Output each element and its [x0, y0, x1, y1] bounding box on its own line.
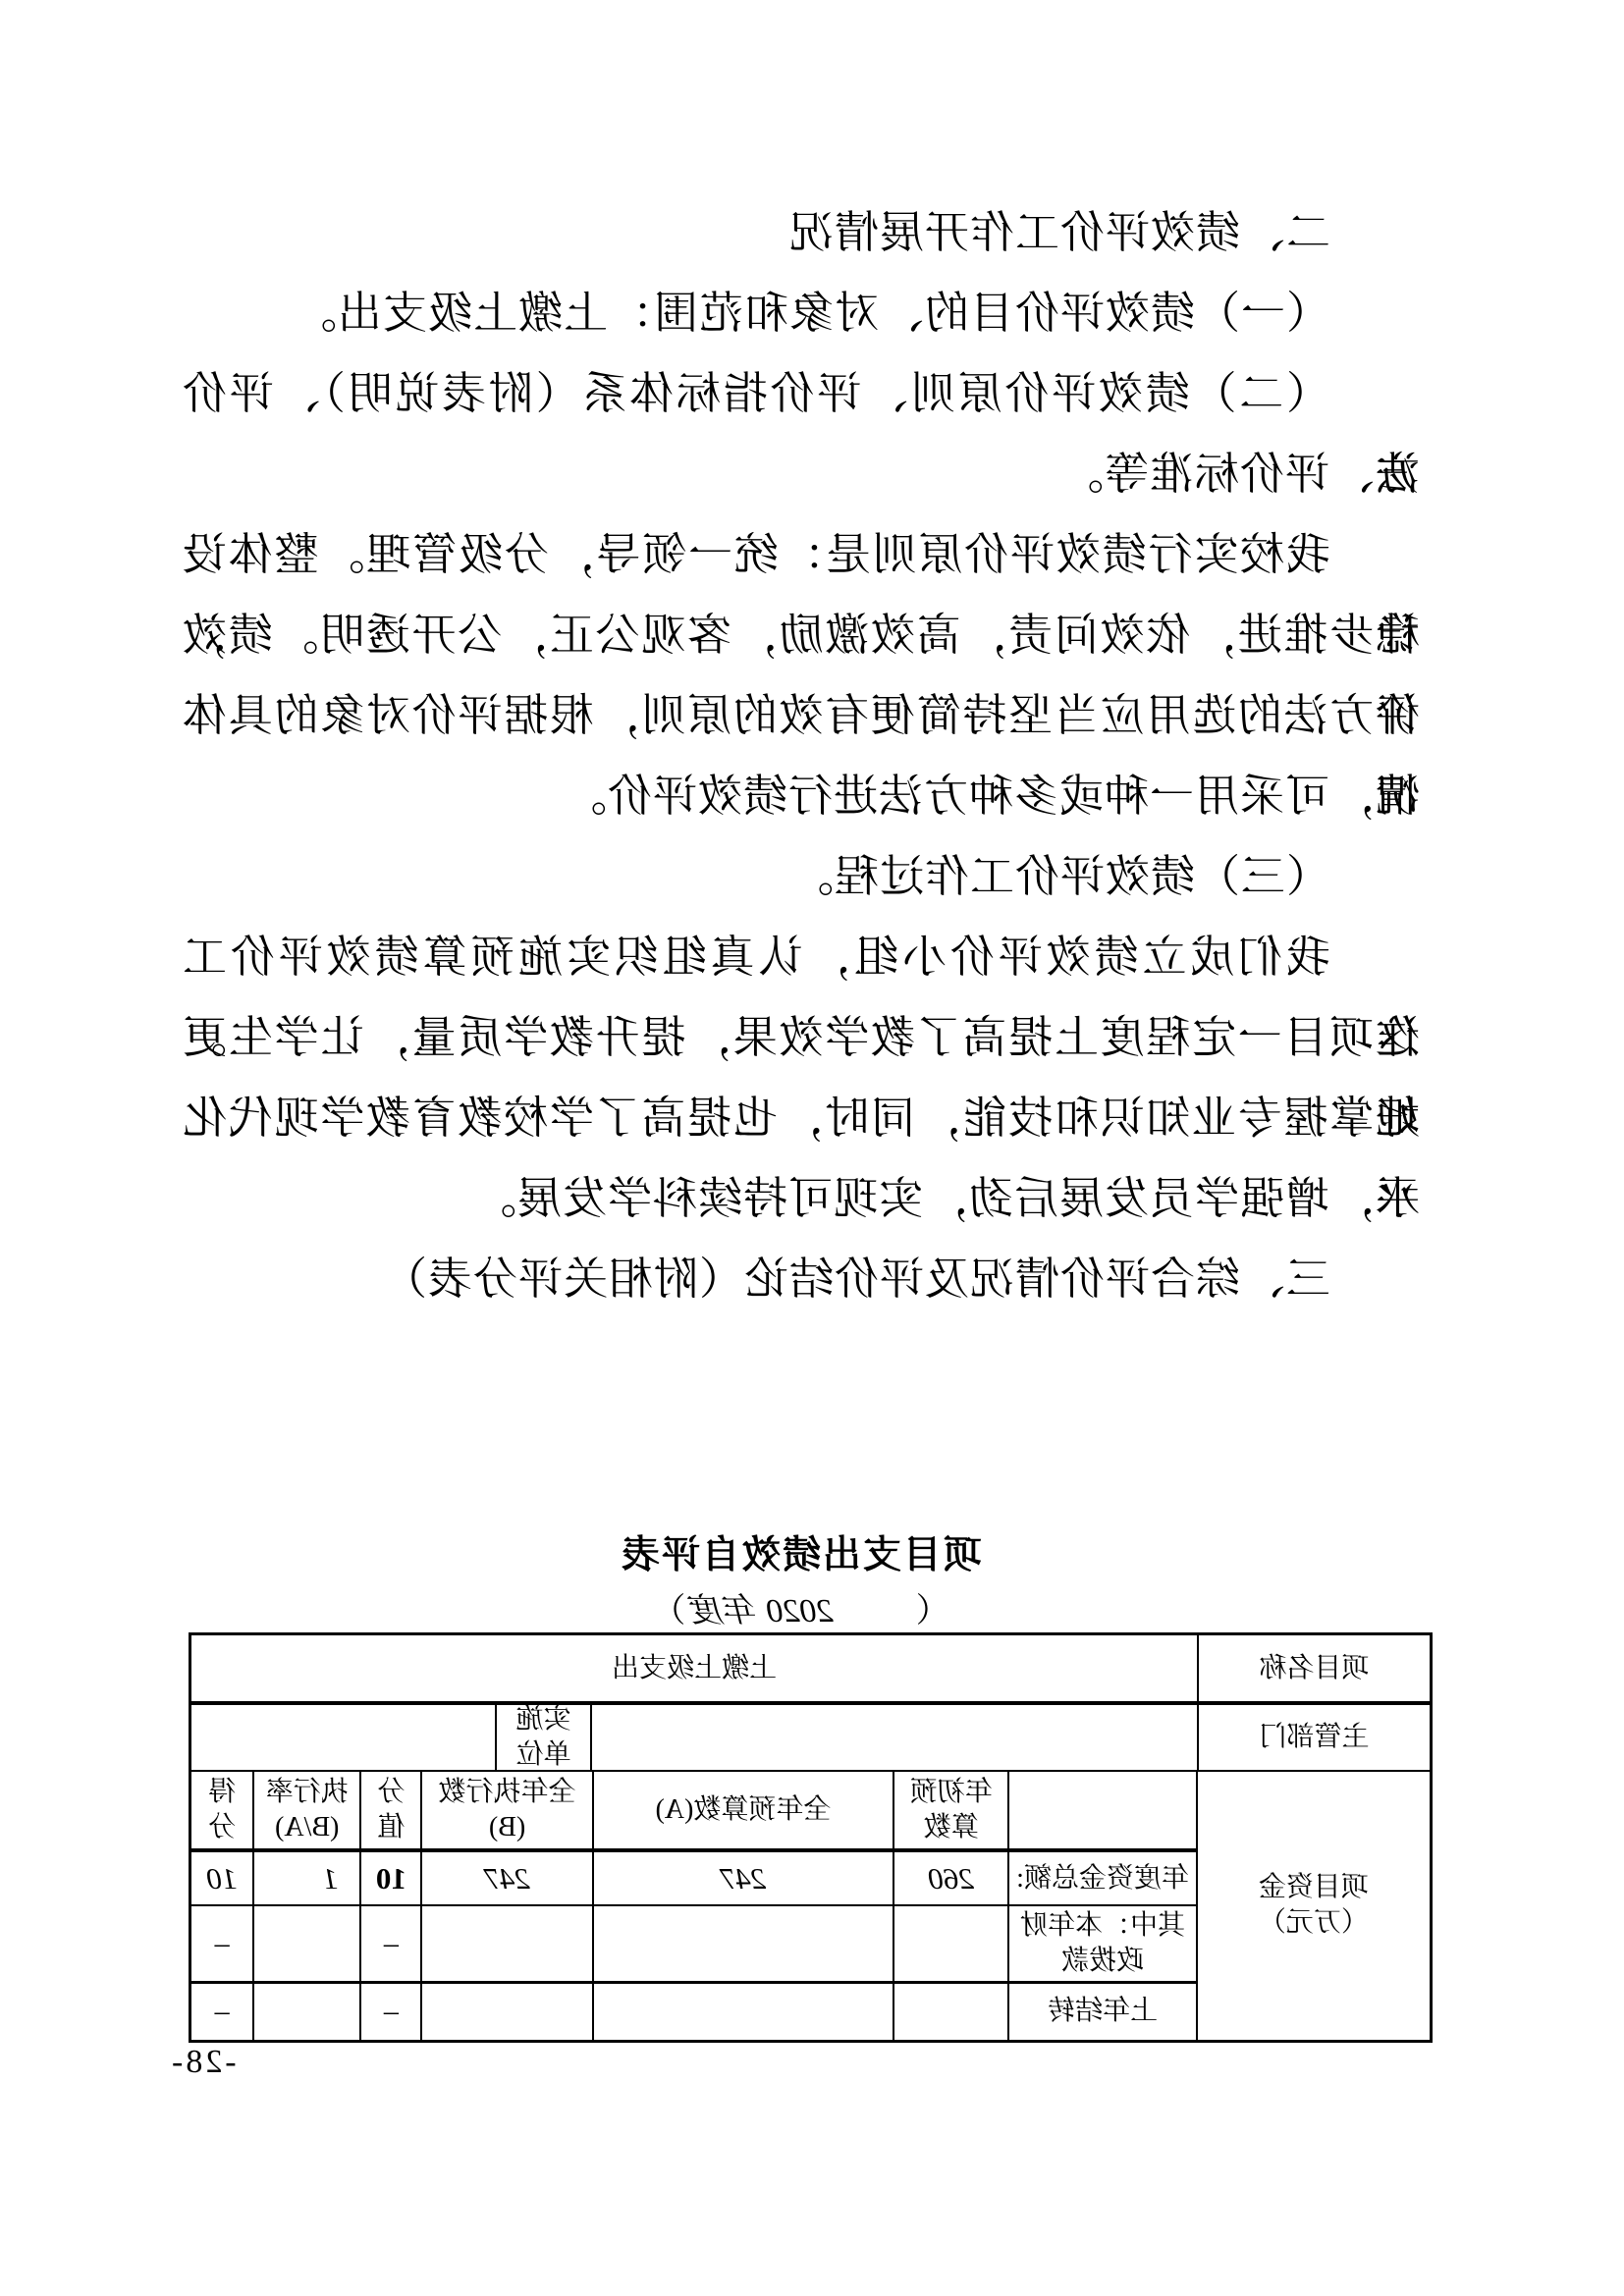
body-line: 地掌握专业知识和技能，同时，也提高了学校教育教学现代化水 [182, 1078, 1420, 1158]
body-text-block: 二、绩效评价工作开展情况 （一）绩效评价目的、对象和范围：上缴上级支出。 （二）… [182, 192, 1420, 1319]
body-line: 我校实行绩效评价原则是：统一领导，分级管理。整体设计， [182, 514, 1420, 595]
annual-total-score: 10 [191, 1850, 253, 1905]
body-line: 法、评价标准等。 [182, 434, 1420, 514]
implementing-unit-label: 实施单位 [514, 1702, 573, 1773]
fiscal-allocation-annual-execution [421, 1905, 592, 1983]
subtitle-close-paren: ） [652, 1593, 685, 1629]
body-line: 价方法的选用应当坚持简便有效的原则，根据评价对象的具体情 [182, 675, 1420, 756]
body-line: 平，增强学员发展后劲，实现可持续科学发展。 [182, 1158, 1420, 1239]
department-value-cell [590, 1705, 1197, 1770]
fiscal-allocation-weight: – [360, 1905, 421, 1983]
body-line: （三）绩效评价工作过程。 [182, 836, 1420, 917]
header-weight-label: 分值 [376, 1775, 406, 1845]
body-line: 我们成立绩效评价小组，认真组织实施预算绩效评价工作。 [182, 917, 1420, 997]
header-initial-budget-label: 年初预算数 [907, 1775, 996, 1845]
carryover-annual-budget [593, 1983, 893, 2040]
header-score-label: 得分 [207, 1775, 237, 1845]
body-line: 况，可采用一种或多种方法进行绩效评价。 [182, 756, 1420, 836]
header-execution-rate: 执行率(B/A) [253, 1772, 360, 1850]
row-label-fiscal-allocation: 其中：本年财政拨款 [1008, 1905, 1196, 1983]
header-weight: 分值 [360, 1772, 421, 1850]
header-blank-cell [1008, 1772, 1196, 1850]
table-subtitle: （2020 年度） [182, 1583, 1420, 1631]
carryover-weight: – [360, 1983, 421, 2040]
annual-total-execution-rate: 1 [253, 1850, 360, 1905]
table-row-department: 主管部门 实施单位 [191, 1705, 1430, 1772]
implementing-unit-value-cell [191, 1705, 495, 1770]
header-annual-budget: 全年预算数(A) [593, 1772, 893, 1850]
body-line: （二）绩效评价原则、评价指标体系（附表说明）、评价方 [182, 353, 1420, 434]
funds-label-cell: 项目资金（万元） [1197, 1772, 1430, 2040]
fiscal-allocation-initial-budget [893, 1905, 1008, 1983]
table-row-project-name: 项目名称 上缴上级支出 [191, 1635, 1430, 1705]
fiscal-allocation-score: – [191, 1905, 253, 1983]
header-score: 得分 [191, 1772, 253, 1850]
table-header-row: 项目资金（万元） 年初预算数 全年预算数(A) 全年执行数(B) 分值 执行率(… [191, 1772, 1430, 1850]
department-label-cell: 主管部门 [1197, 1705, 1430, 1770]
fiscal-allocation-execution-rate [253, 1905, 360, 1983]
funds-grid: 项目资金（万元） 年初预算数 全年预算数(A) 全年执行数(B) 分值 执行率(… [191, 1772, 1430, 2040]
body-line: 这项目一定程度上提高了教学效果，提升教学质量，让学生更好 [182, 997, 1420, 1078]
carryover-annual-execution [421, 1983, 592, 2040]
fiscal-allocation-annual-budget [593, 1905, 893, 1983]
subtitle-year: 2020 年度 [685, 1593, 834, 1629]
body-line: 二、绩效评价工作开展情况 [182, 192, 1420, 273]
body-line: 三、综合评价情况及评价结论（附相关评分表） [182, 1239, 1420, 1319]
annual-total-weight: 10 [360, 1850, 421, 1905]
body-line: （一）绩效评价目的、对象和范围：上缴上级支出。 [182, 273, 1420, 353]
header-initial-budget: 年初预算数 [893, 1772, 1008, 1850]
carryover-initial-budget [893, 1983, 1008, 2040]
annual-total-annual-execution: 247 [421, 1850, 592, 1905]
project-name-value-cell: 上缴上级支出 [191, 1635, 1197, 1701]
page-number: -28- [169, 2044, 237, 2081]
project-name-label-cell: 项目名称 [1197, 1635, 1430, 1701]
body-line: 稳步推进，依效问责，高效激励，客观公正，公开透明。绩效评 [182, 595, 1420, 675]
row-label-carryover: 上年结转 [1008, 1983, 1196, 2040]
document-page: 二、绩效评价工作开展情况 （一）绩效评价目的、对象和范围：上缴上级支出。 （二）… [0, 0, 1624, 2296]
header-annual-execution: 全年执行数(B) [421, 1772, 592, 1850]
self-evaluation-table: 项目名称 上缴上级支出 主管部门 实施单位 项目资金（万元） 年初预算数 全年预… [189, 1632, 1433, 2043]
row-label-annual-total: 年度资金总额: [1008, 1850, 1196, 1905]
implementing-unit-label-cell: 实施单位 [495, 1705, 590, 1770]
funds-label: 项目资金（万元） [1255, 1870, 1373, 1941]
table-title: 项目支出绩效自评表 [182, 1524, 1420, 1579]
subtitle-open-paren: （ [916, 1593, 949, 1629]
carryover-execution-rate [253, 1983, 360, 2040]
annual-total-initial-budget: 260 [893, 1850, 1008, 1905]
carryover-score: – [191, 1983, 253, 2040]
annual-total-annual-budget: 247 [593, 1850, 893, 1905]
